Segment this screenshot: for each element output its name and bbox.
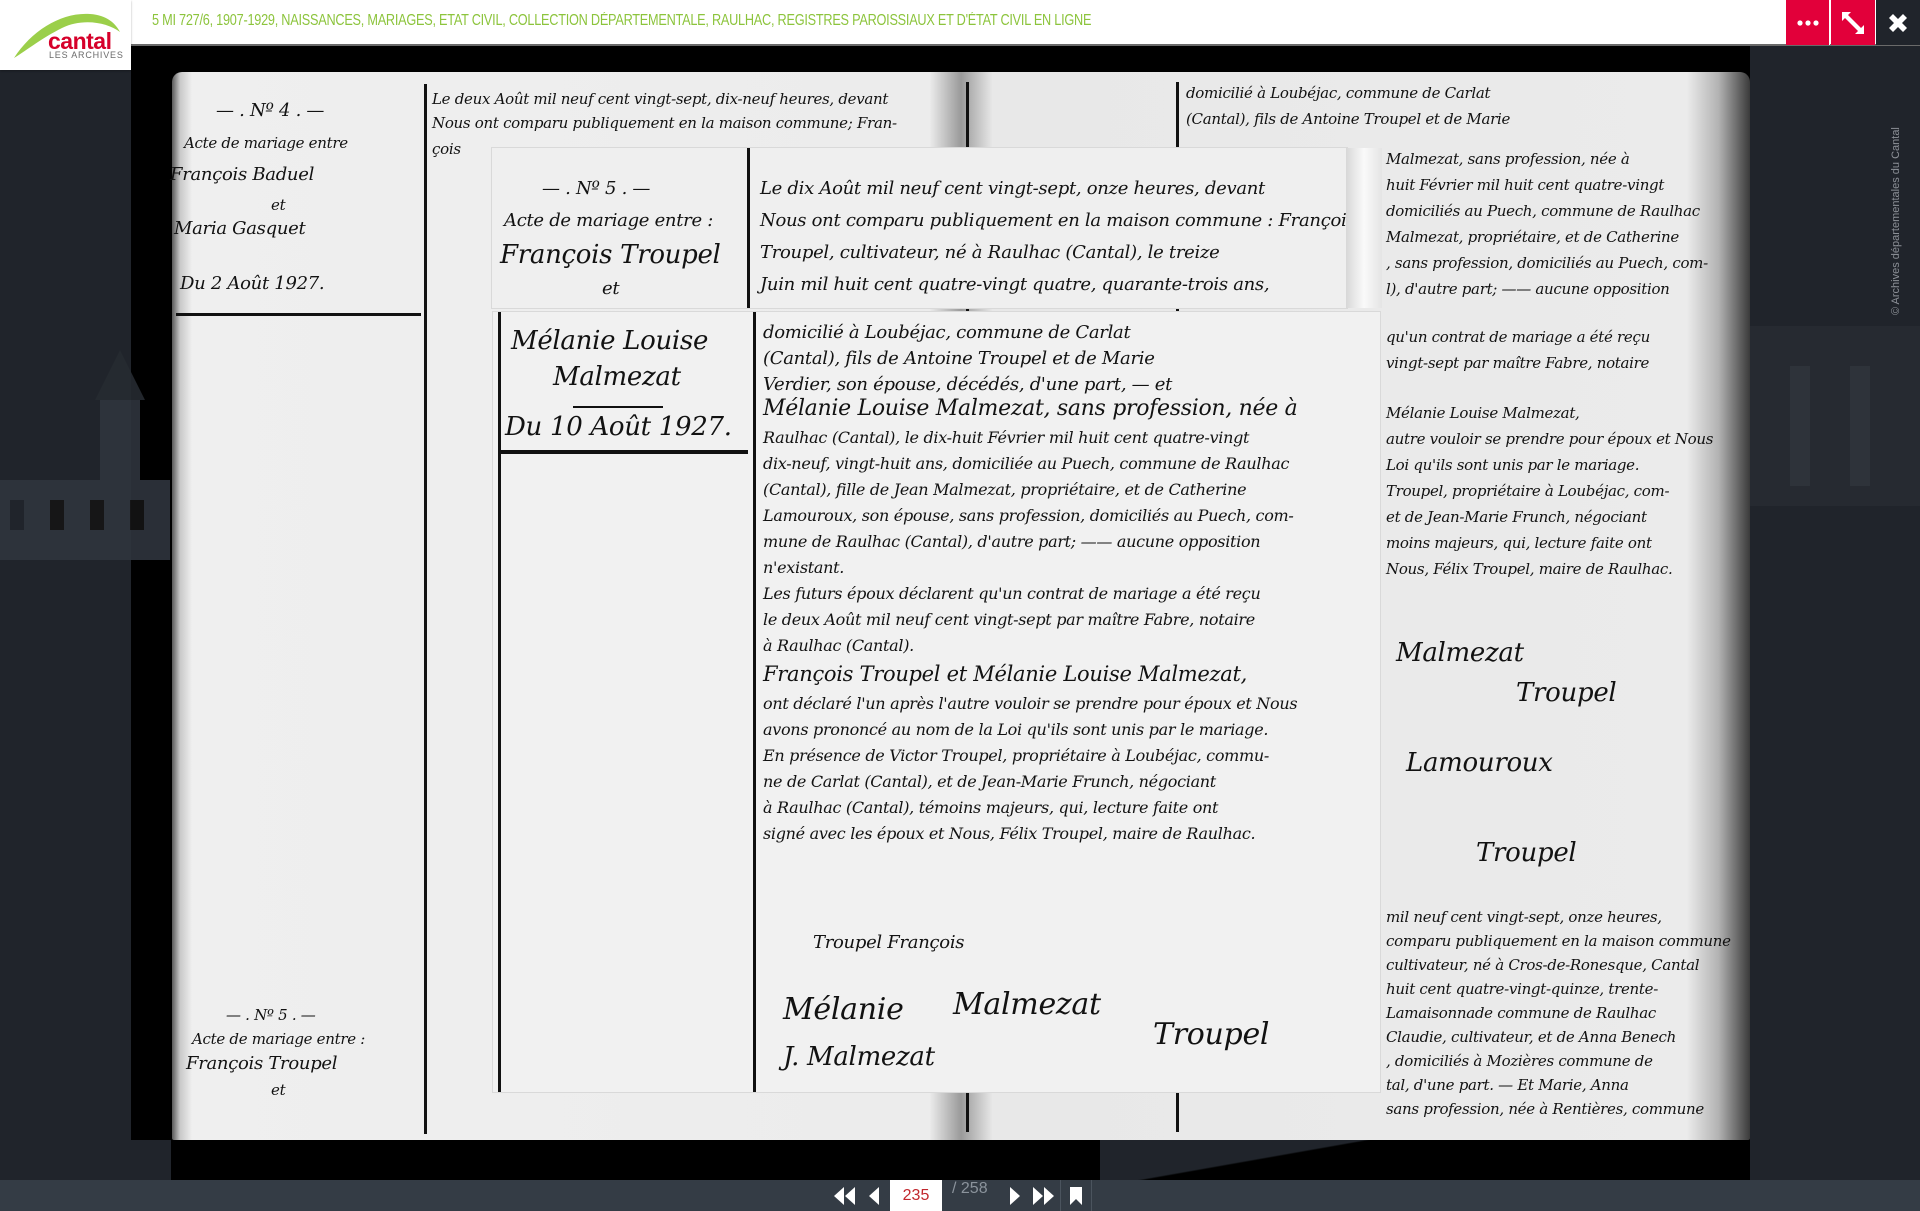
magnifier-panel-top[interactable]: — . Nº 5 . — Acte de mariage entre : Fra…	[492, 148, 1347, 308]
act-5-number: — . Nº 5 . —	[226, 1006, 316, 1024]
text-line: mune de Raulhac (Cantal), d'autre part; …	[763, 532, 1260, 551]
first-page-icon	[834, 1187, 856, 1205]
logo-subtitle: LES ARCHIVES	[49, 50, 124, 60]
column-rule	[747, 148, 750, 308]
archive-viewer: 5 MI 727/6, 1907-1929, NAISSANCES, MARIA…	[0, 0, 1920, 1211]
text-line: Juin mil huit cent quatre-vingt quatre, …	[760, 274, 1269, 295]
text-line: Verdier, son épouse, décédés, d'une part…	[763, 374, 1172, 395]
text-line: domiciliés au Puech, commune de Raulhac	[1386, 202, 1700, 220]
text-line: Lamaisonnade commune de Raulhac	[1386, 1004, 1656, 1022]
more-dots-icon	[1797, 20, 1819, 26]
act-4-bride: Maria Gasquet	[174, 218, 305, 239]
magnifier-panel-main[interactable]: Mélanie Louise Malmezat Du 10 Août 1927.…	[493, 312, 1380, 1092]
prev-page-icon	[868, 1187, 880, 1205]
bookmark-icon	[1070, 1187, 1082, 1205]
text-line: ont déclaré l'un après l'autre vouloir s…	[763, 694, 1297, 713]
current-page-input[interactable]	[890, 1180, 942, 1211]
text-line: ne de Carlat (Cantal), et de Jean-Marie …	[763, 772, 1216, 791]
last-page-icon	[1032, 1187, 1054, 1205]
more-options-button[interactable]	[1786, 0, 1830, 45]
text-line: et de Jean-Marie Frunch, négociant	[1386, 508, 1647, 526]
text-line: Claudie, cultivateur, et de Anna Benech	[1386, 1028, 1676, 1046]
text-line: Nous ont comparu publiquement en la mais…	[432, 114, 897, 132]
text-line: Nous, Félix Troupel, maire de Raulhac.	[1386, 560, 1672, 578]
signature: Troupel	[1476, 838, 1576, 868]
signature: Troupel	[1153, 1017, 1269, 1052]
last-page-button[interactable]	[1030, 1180, 1056, 1211]
text-line: (Cantal), fils de Antoine Troupel et de …	[1186, 110, 1510, 128]
text-line: huit cent quatre-vingt-quinze, trente-	[1386, 980, 1658, 998]
text-line: huit Février mil huit cent quatre-vingt	[1386, 176, 1664, 194]
text-line: Loi qu'ils sont unis par le mariage.	[1386, 456, 1639, 474]
text-line: signé avec les époux et Nous, Félix Trou…	[763, 824, 1255, 843]
text-line: dix-neuf, vingt-huit ans, domiciliée au …	[763, 454, 1289, 473]
act-4-conj: et	[271, 196, 285, 214]
act-5-groom: François Troupel	[500, 240, 721, 270]
act-5-conj: et	[271, 1081, 285, 1099]
text-line: François Troupel et Mélanie Louise Malme…	[763, 662, 1247, 686]
act-5-number: — . Nº 5 . —	[542, 178, 650, 199]
signature: Troupel François	[813, 932, 964, 953]
statue-silhouette-icon	[1750, 286, 1920, 516]
pager-divider	[1060, 1180, 1061, 1211]
cantal-archives-logo[interactable]: cantal LES ARCHIVES	[0, 0, 131, 70]
column-rule	[498, 312, 501, 1092]
text-line: Raulhac (Cantal), le dix-huit Février mi…	[763, 428, 1249, 447]
text-line: avons prononcé au nom de la Loi qu'ils s…	[763, 720, 1268, 739]
text-line: moins majeurs, qui, lecture faite ont	[1386, 534, 1652, 552]
act-4-groom: François Baduel	[170, 164, 314, 185]
signature: Mélanie	[783, 992, 904, 1027]
text-line: çois	[432, 140, 461, 158]
column-rule	[753, 312, 756, 1092]
text-line: , sans profession, domiciliés au Puech, …	[1386, 254, 1708, 272]
text-line: sans profession, née à Rentières, commun…	[1386, 1100, 1704, 1118]
signature: Malmezat	[1396, 638, 1524, 668]
signature: Lamouroux	[1406, 748, 1553, 778]
act-5-heading: Acte de mariage entre :	[504, 210, 713, 231]
close-x-icon	[1886, 11, 1910, 35]
text-line: vingt-sept par maître Fabre, notaire	[1386, 354, 1649, 372]
act-5-heading: Acte de mariage entre :	[192, 1030, 365, 1048]
text-line: , domiciliés à Mozières commune de	[1386, 1052, 1653, 1070]
act-5-groom: François Troupel	[186, 1053, 337, 1074]
text-line: à Raulhac (Cantal).	[763, 636, 914, 655]
text-line: autre vouloir se prendre pour époux et N…	[1386, 430, 1713, 448]
text-line: (Cantal), fille de Jean Malmezat, propri…	[763, 480, 1246, 499]
castle-silhouette-icon	[0, 330, 170, 560]
column-rule	[424, 84, 427, 1134]
pagination-bar: / 258	[0, 1180, 1920, 1211]
name-underline	[573, 406, 663, 408]
text-line: Mélanie Louise Malmezat,	[1386, 404, 1580, 422]
next-page-icon	[1009, 1187, 1021, 1205]
left-background	[0, 70, 131, 1180]
text-line: à Raulhac (Cantal), témoins majeurs, qui…	[763, 798, 1218, 817]
text-line: l), d'autre part; —— aucune opposition	[1386, 280, 1670, 298]
text-line: Troupel, propriétaire à Loubéjac, com-	[1386, 482, 1669, 500]
act-date: Du 10 Août 1927.	[505, 412, 732, 442]
text-line: mil neuf cent vingt-sept, onze heures,	[1386, 908, 1662, 926]
bookmark-button[interactable]	[1064, 1180, 1088, 1211]
text-line: Le deux Août mil neuf cent vingt-sept, d…	[432, 90, 888, 108]
pager-divider	[1091, 1180, 1092, 1211]
fullscreen-button[interactable]	[1831, 0, 1875, 45]
bride-last-name: Malmezat	[553, 362, 681, 392]
act-5-conj: et	[602, 278, 619, 299]
text-line: comparu publiquement en la maison commun…	[1386, 932, 1731, 950]
page-total: / 258	[952, 1180, 988, 1211]
first-page-button[interactable]	[832, 1180, 858, 1211]
text-line: (Cantal), fils de Antoine Troupel et de …	[763, 348, 1155, 369]
text-line: Malmezat, sans profession, née à	[1386, 150, 1630, 168]
text-line: le deux Août mil neuf cent vingt-sept pa…	[763, 610, 1255, 629]
text-line: cultivateur, né à Cros-de-Ronesque, Cant…	[1386, 956, 1699, 974]
act-4-number: — . Nº 4 . —	[216, 100, 324, 121]
act-4-date: Du 2 Août 1927.	[180, 273, 324, 294]
text-line: Les futurs époux déclarent qu'un contrat…	[763, 584, 1260, 603]
act-4-heading: Acte de mariage entre	[184, 134, 348, 152]
text-line: Le dix Août mil neuf cent vingt-sept, on…	[760, 178, 1265, 199]
close-viewer-button[interactable]	[1876, 0, 1920, 45]
next-page-button[interactable]	[1003, 1180, 1027, 1211]
text-line: domicilié à Loubéjac, commune de Carlat	[1186, 84, 1490, 102]
document-title: 5 MI 727/6, 1907-1929, NAISSANCES, MARIA…	[152, 12, 1091, 30]
magnifier-edge	[1346, 148, 1382, 308]
expand-arrows-icon	[1840, 10, 1866, 36]
signature: Troupel	[1516, 678, 1616, 708]
prev-page-button[interactable]	[862, 1180, 886, 1211]
text-line: Malmezat, propriétaire, et de Catherine	[1386, 228, 1679, 246]
text-line: Nous ont comparu publiquement en la mais…	[760, 210, 1347, 231]
bride-first-name: Mélanie Louise	[511, 326, 708, 356]
viewport-shadow	[1100, 1140, 1750, 1180]
copyright-notice: © Archives départementales du Cantal	[1890, 127, 1902, 315]
text-line: En présence de Victor Troupel, propriéta…	[763, 746, 1269, 765]
text-line: tal, d'une part. — Et Marie, Anna	[1386, 1076, 1629, 1094]
text-line: Troupel, cultivateur, né à Raulhac (Cant…	[760, 242, 1220, 263]
entry-rule	[498, 450, 748, 454]
signature: J. Malmezat	[783, 1042, 935, 1072]
header-bar: 5 MI 727/6, 1907-1929, NAISSANCES, MARIA…	[0, 0, 1920, 46]
text-line: Lamouroux, son épouse, sans profession, …	[763, 506, 1294, 525]
signature: Malmezat	[953, 987, 1101, 1022]
left-background-corner	[131, 1140, 171, 1180]
text-line: Mélanie Louise Malmezat, sans profession…	[763, 396, 1297, 421]
entry-rule	[176, 313, 421, 316]
text-line: qu'un contrat de mariage a été reçu	[1386, 328, 1650, 346]
text-line: domicilié à Loubéjac, commune de Carlat	[763, 322, 1130, 343]
text-line: n'existant.	[763, 558, 844, 577]
